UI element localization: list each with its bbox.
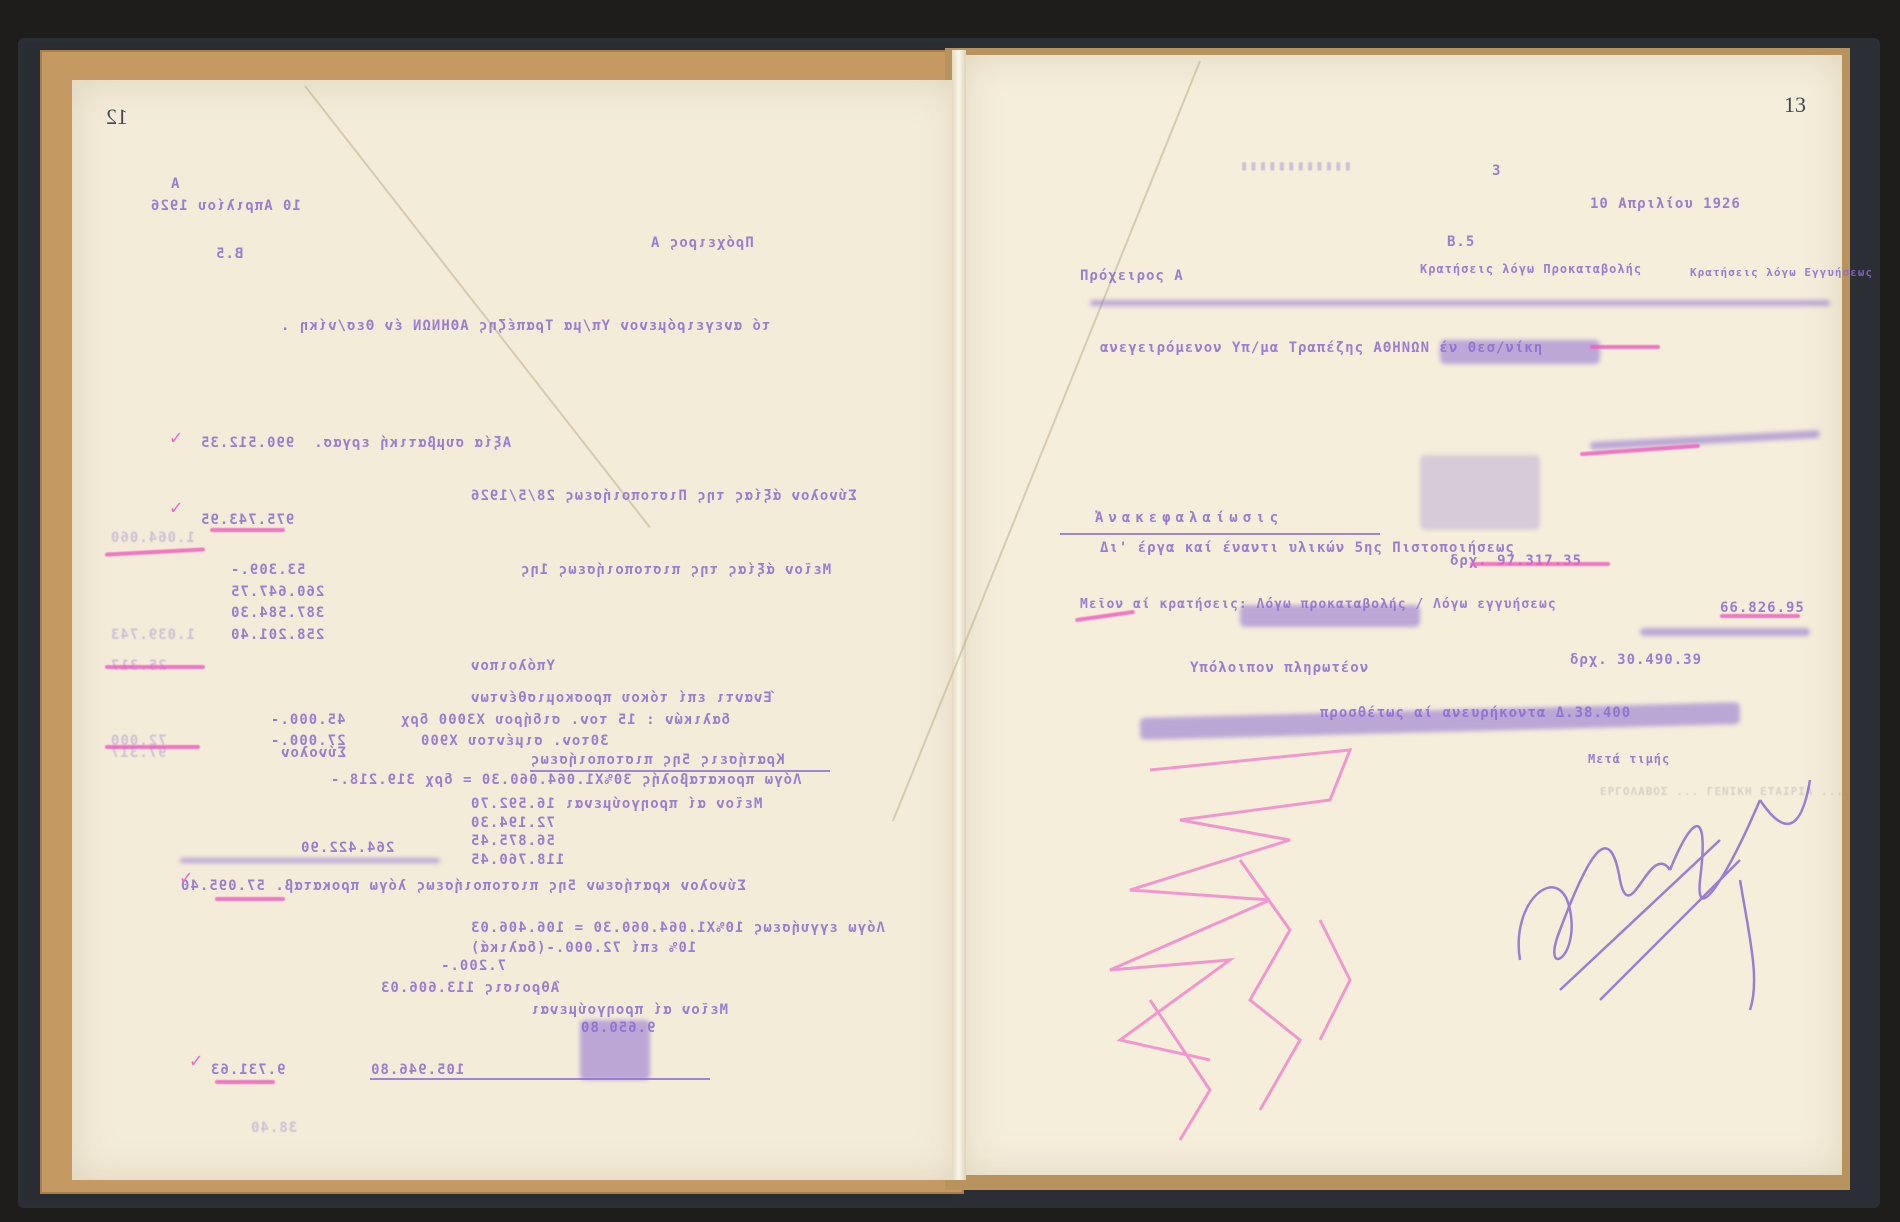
ink-smear xyxy=(1240,605,1420,627)
column-header: Κρατήσεις λόγω Εγγυήσεως xyxy=(1690,266,1873,279)
left-subject: τό ανεγειρόμενον Υπ/μα Τραπέζης ΑΘΗΝΩΝ έ… xyxy=(280,318,770,334)
left-line-value: 258.201.40 xyxy=(230,627,324,643)
left-page xyxy=(72,80,960,1180)
right-line: Υπόλοιπον πληρωτέον xyxy=(1190,660,1369,676)
summary-title: Ἀνακεφαλαίωσις xyxy=(1095,510,1283,526)
check-mark: ✓ xyxy=(170,495,182,519)
pink-underline xyxy=(1590,345,1660,349)
left-line-value: 105.946.80 xyxy=(370,1062,464,1078)
left-line-value: 1.064.060 xyxy=(110,530,195,546)
page-number-left: 12 xyxy=(106,104,128,130)
left-recipient: Πρόχειρος Α xyxy=(650,235,754,251)
pink-underline xyxy=(215,1080,275,1084)
left-line: Μεῖον αί προηγούμεναι xyxy=(530,1002,728,1018)
pink-crayon-annotation xyxy=(1090,740,1430,1160)
column-header: Πρόχειρος Α xyxy=(1080,268,1184,284)
ink-smear xyxy=(1440,340,1600,364)
left-line-value: 72.194.30 xyxy=(470,815,555,831)
left-header-ref: Β.5 xyxy=(215,246,243,262)
page-number-right: 13 xyxy=(1784,92,1806,118)
ink-smear xyxy=(1420,455,1540,530)
left-line: Υπόλοιπον xyxy=(470,658,555,674)
left-line-value: 9.650.80 xyxy=(580,1020,655,1036)
pink-underline xyxy=(215,897,285,901)
left-line: Λόγω προκαταβολής 30%Χ1.064.060.30 = δρχ… xyxy=(330,772,801,788)
left-line: Άθροισις 113.606.03 xyxy=(380,980,559,996)
left-line: 30τον. σιμέντου Χ900 xyxy=(420,733,609,749)
pink-underline xyxy=(1720,614,1800,618)
left-line-value: 387.584.30 xyxy=(230,605,324,621)
left-footer: 38.40 xyxy=(250,1120,297,1136)
left-line-value: 260.647.75 xyxy=(230,584,324,600)
right-line: προσθέτως αί ανευρήκοντα Δ.38.400 xyxy=(1320,705,1631,721)
left-line-value: 1.039.743 xyxy=(110,627,195,643)
right-line-value: δρχ. 30.490.39 xyxy=(1570,652,1702,668)
pink-underline xyxy=(105,665,205,669)
pink-underline xyxy=(1470,562,1610,566)
left-header-date: 10 Απριλίου 1926 xyxy=(150,198,301,214)
right-header-letter: 3 xyxy=(1492,163,1501,179)
column-header: Κρατήσεις λόγω Προκαταβολής xyxy=(1420,262,1642,276)
left-line: Σύνολον κρατήσεων 5ης πιστοποιήσεως λόγω… xyxy=(180,878,746,894)
underline xyxy=(1060,533,1380,535)
left-line: δαλικών : 15 τον. σιδήρου Χ3000 δρχ xyxy=(400,712,730,728)
left-line-value: 53.309.- xyxy=(230,562,305,578)
book-gutter xyxy=(952,50,966,1180)
pink-underline xyxy=(105,745,200,749)
left-line-value: 45.000.- xyxy=(270,712,345,728)
check-mark: ✓ xyxy=(190,1048,202,1072)
right-letterhead: ▮▮▮▮▮▮▮▮▮▮▮▮ xyxy=(1240,158,1353,174)
left-line: Μεῖον άξίας της πιστοποιήσεως 1ης xyxy=(520,562,831,578)
underline xyxy=(370,1078,710,1080)
left-line: Αξία συμβατική εργασ. 990.512.35 xyxy=(200,435,511,451)
left-line-value: 7.200.- xyxy=(440,958,506,974)
right-header-date: 10 Απριλίου 1926 xyxy=(1590,196,1741,212)
right-header-ref: Β.5 xyxy=(1447,234,1475,250)
pink-underline xyxy=(210,528,285,532)
left-line: Έναντι επί τόκου προσκομισθέντων xyxy=(470,690,772,706)
left-line: 10% επί 72.000.-(δαλικά) xyxy=(470,940,696,956)
left-header-letter: Α xyxy=(170,176,179,192)
left-line-value: 9.731.63 xyxy=(210,1062,285,1078)
signature xyxy=(1500,760,1830,1020)
left-line-value: 264.422.90 xyxy=(300,840,394,856)
right-line-value: δρχ. 97.317.35 xyxy=(1450,553,1582,569)
left-line: Σύνολον άξίας της Πιστοποιήσεως 28/5/192… xyxy=(470,488,857,504)
left-line-value: 118.760.45 xyxy=(470,852,564,868)
ink-smear xyxy=(180,858,440,863)
left-line: Μεῖον αί προηγούμεναι 16.592.70 xyxy=(470,796,762,812)
check-mark: ✓ xyxy=(170,425,182,449)
left-line-value: 56.875.45 xyxy=(470,833,555,849)
left-line: Κρατήσεις 5ης πιστοποιήσεως xyxy=(530,752,785,768)
left-line: Σύνολον xyxy=(280,745,346,761)
left-line: Λόγω εγγυήσεως 10%Χ1.064.060.30 = 106.40… xyxy=(470,920,885,936)
ink-smear xyxy=(1640,628,1810,636)
check-mark: ✓ xyxy=(180,865,192,889)
ink-smear xyxy=(1090,300,1830,306)
left-line-value: 975.743.95 xyxy=(200,512,294,528)
